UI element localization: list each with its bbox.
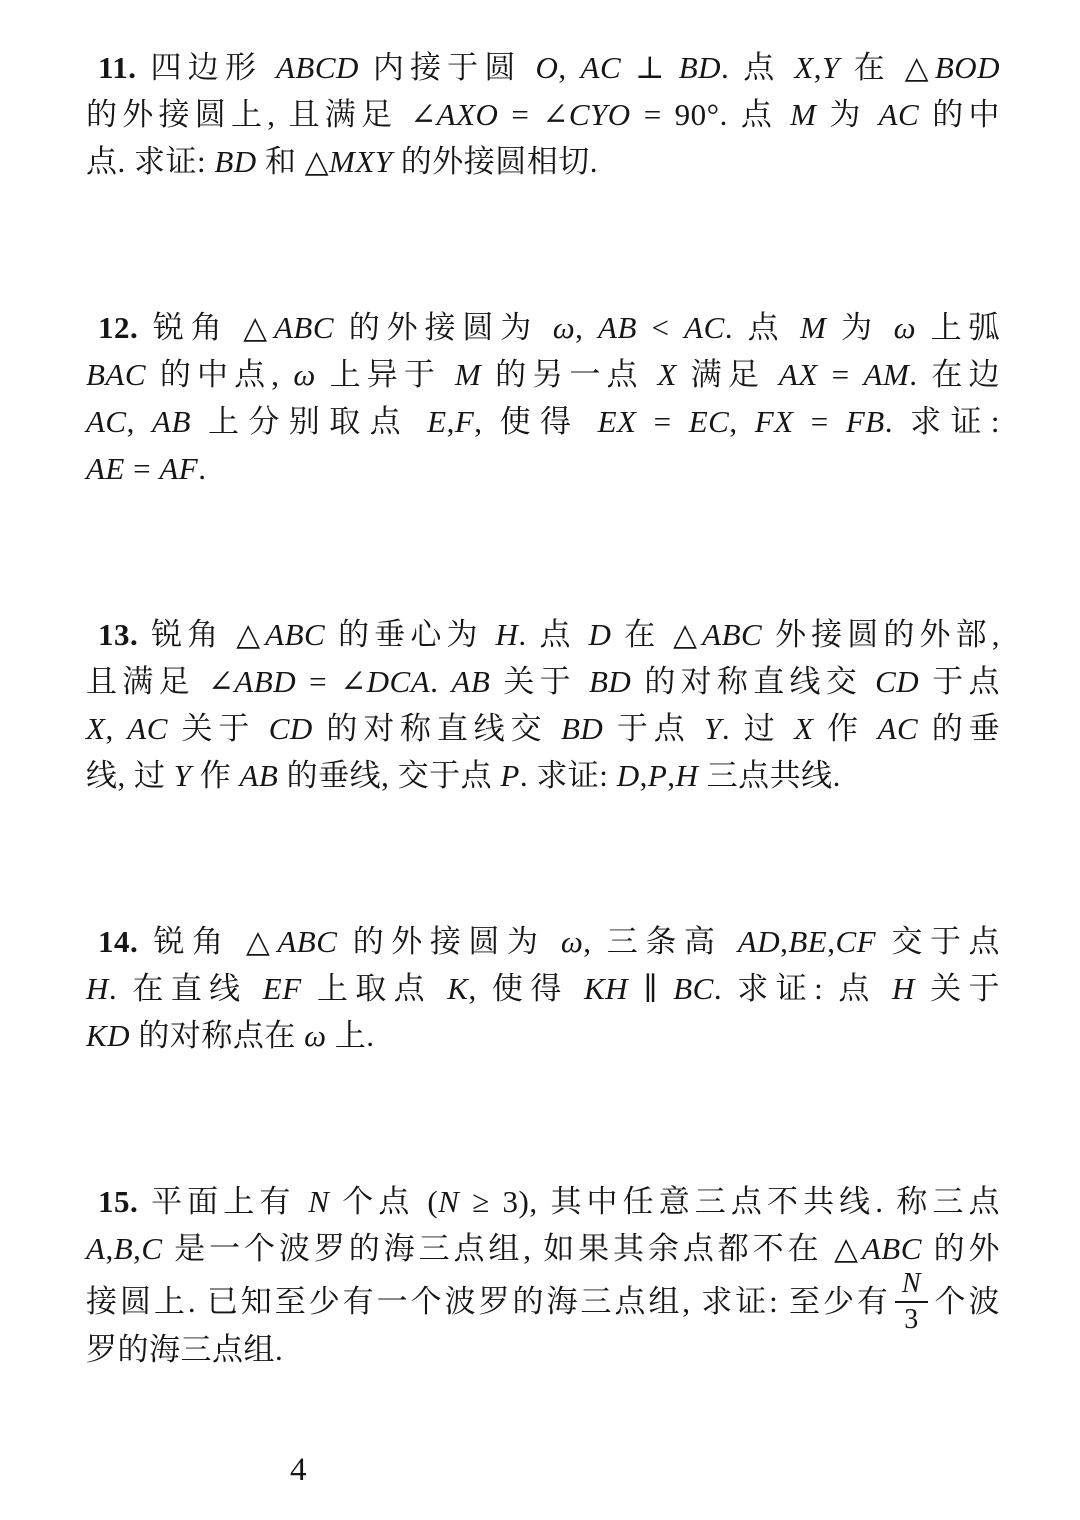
math-segment: H: [676, 758, 699, 793]
math-segment: AC: [684, 310, 725, 345]
math-segment: O: [535, 50, 558, 85]
text-segment: ,: [667, 758, 675, 793]
text-segment: 上异于: [316, 357, 455, 392]
text-segment: , 三条高: [583, 924, 738, 959]
text-segment: ,: [127, 404, 152, 439]
text-segment: = ∠: [498, 97, 568, 132]
math-segment: DCA: [367, 664, 431, 699]
math-segment: H: [892, 971, 915, 1006]
text-line: 点. 求证: BD 和 △MXY 的外接圆相切.: [86, 138, 1000, 185]
math-segment: ω: [553, 310, 575, 345]
text-segment: 作: [192, 758, 240, 793]
math-segment: EF: [263, 971, 302, 1006]
text-segment: 内接于圆: [359, 50, 536, 85]
text-line: 线, 过 Y 作 AB 的垂线, 交于点 P. 求证: D,P,H 三点共线.: [86, 752, 1000, 799]
math-segment: ω: [894, 310, 916, 345]
math-segment: N: [308, 1184, 329, 1219]
text-segment: 作: [814, 711, 878, 746]
math-segment: AM: [864, 357, 910, 392]
text-segment: 上弧: [916, 310, 1000, 345]
text-segment: 为: [816, 97, 878, 132]
problem-15: 15. 平面上有 N 个点 (N ≥ 3), 其中任意三点不共线. 称三点A,B…: [86, 1178, 1000, 1373]
text-segment: 满足: [677, 357, 779, 392]
text-segment: ,: [105, 1231, 113, 1266]
text-segment: . 求证:: [885, 404, 1000, 439]
math-segment: H: [86, 971, 109, 1006]
problem-14: 14. 锐角 △ABC 的外接圆为 ω, 三条高 AD,BE,CF 交于点H. …: [86, 918, 1000, 1059]
text-segment: 接圆上. 已知至少有一个波罗的海三点组, 求证: 至少有: [86, 1284, 891, 1319]
problem-12: 12. 锐角 △ABC 的外接圆为 ω, AB < AC. 点 M 为 ω 上弧…: [86, 304, 1000, 492]
text-segment: . 在直线: [109, 971, 263, 1006]
text-line: 11. 四边形 ABCD 内接于圆 O, AC ⊥ BD. 点 X,Y 在 △B…: [86, 44, 1000, 91]
fraction-numerator: N: [895, 1269, 928, 1303]
text-segment: 关于: [490, 664, 589, 699]
text-segment: 上分别取点: [191, 404, 427, 439]
text-segment: 外接圆的外部,: [762, 617, 1000, 652]
math-segment: ABC: [862, 1231, 922, 1266]
text-segment: 个点 (: [329, 1184, 438, 1219]
text-segment: . 点: [721, 50, 794, 85]
problem-13: 13. 锐角 △ABC 的垂心为 H. 点 D 在 △ABC 外接圆的外部,且满…: [86, 611, 1000, 799]
text-segment: =: [125, 451, 159, 486]
text-segment: 的垂心为: [325, 617, 495, 652]
text-segment: . 求证:: [520, 758, 617, 793]
math-segment: N: [438, 1184, 459, 1219]
math-segment: E: [427, 404, 446, 439]
text-segment: =: [636, 404, 688, 439]
text-segment: 线, 过: [86, 758, 174, 793]
problem-number: 13.: [98, 617, 138, 652]
text-line: BAC 的中点, ω 上异于 M 的另一点 X 满足 AX = AM. 在边: [86, 351, 1000, 398]
text-segment: = 90°. 点: [631, 97, 790, 132]
math-segment: Y: [174, 758, 192, 793]
problem-number: 15.: [98, 1184, 138, 1219]
math-segment: A: [86, 1231, 105, 1266]
math-segment: AE: [86, 451, 125, 486]
math-segment: BD: [214, 144, 256, 179]
text-segment: 罗的海三点组.: [86, 1332, 283, 1367]
math-segment: AB: [152, 404, 191, 439]
problem-11: 11. 四边形 ABCD 内接于圆 O, AC ⊥ BD. 点 X,Y 在 △B…: [86, 44, 1000, 185]
math-segment: P: [500, 758, 519, 793]
math-segment: AC: [878, 711, 919, 746]
math-segment: EX: [598, 404, 637, 439]
page-number: 4: [290, 1452, 307, 1489]
text-segment: 关于: [915, 971, 1000, 1006]
text-segment: 在 △: [840, 50, 935, 85]
math-segment: BC: [673, 971, 714, 1006]
text-segment: 上取点: [302, 971, 448, 1006]
text-segment: 的外接圆上, 且满足 ∠: [86, 97, 437, 132]
math-segment: AX: [779, 357, 818, 392]
text-segment: 锐角 △: [138, 310, 274, 345]
math-segment: BD: [561, 711, 603, 746]
text-segment: . 求证: 点: [714, 971, 892, 1006]
math-segment: KD: [86, 1018, 130, 1053]
math-segment: F: [455, 404, 474, 439]
text-line: 13. 锐角 △ABC 的垂心为 H. 点 D 在 △ABC 外接圆的外部,: [86, 611, 1000, 658]
text-line: X, AC 关于 CD 的对称直线交 BD 于点 Y. 过 X 作 AC 的垂: [86, 705, 1000, 752]
math-segment: P: [648, 758, 667, 793]
math-segment: EC: [689, 404, 730, 439]
math-segment: ABC: [277, 924, 337, 959]
text-segment: 的垂: [918, 711, 1000, 746]
text-segment: ,: [814, 50, 822, 85]
math-segment: FX: [755, 404, 794, 439]
text-segment: . 点: [725, 310, 800, 345]
math-segment: AF: [159, 451, 198, 486]
math-segment: FB: [846, 404, 885, 439]
text-segment: . 过: [722, 711, 794, 746]
math-segment: K: [447, 971, 468, 1006]
text-line: 14. 锐角 △ABC 的外接圆为 ω, 三条高 AD,BE,CF 交于点: [86, 918, 1000, 965]
text-segment: 点. 求证:: [86, 144, 214, 179]
text-line: 接圆上. 已知至少有一个波罗的海三点组, 求证: 至少有N3个波: [86, 1272, 1000, 1326]
text-segment: ,: [447, 404, 455, 439]
text-segment: 于点: [603, 711, 704, 746]
math-segment: D: [617, 758, 640, 793]
text-segment: 的外: [922, 1231, 1000, 1266]
problems: 11. 四边形 ABCD 内接于圆 O, AC ⊥ BD. 点 X,Y 在 △B…: [86, 44, 1000, 1373]
math-segment: C: [141, 1231, 162, 1266]
text-segment: ,: [640, 758, 648, 793]
math-segment: X: [794, 711, 813, 746]
problem-number: 12.: [98, 310, 138, 345]
math-segment: ω: [304, 1018, 326, 1053]
math-segment: M: [800, 310, 826, 345]
math-segment: AB: [451, 664, 490, 699]
text-segment: <: [637, 310, 684, 345]
text-segment: 上.: [326, 1018, 374, 1053]
math-segment: ABC: [274, 310, 334, 345]
math-segment: AC: [581, 50, 622, 85]
text-segment: 的另一点: [481, 357, 657, 392]
math-segment: ABC: [265, 617, 325, 652]
math-segment: M: [455, 357, 481, 392]
math-segment: AXO: [437, 97, 499, 132]
math-segment: H: [495, 617, 518, 652]
text-segment: 关于: [168, 711, 269, 746]
math-segment: Y: [704, 711, 722, 746]
text-line: AE = AF.: [86, 445, 1000, 492]
math-segment: ABCD: [276, 50, 359, 85]
text-segment: .: [198, 451, 206, 486]
math-segment: AC: [127, 711, 168, 746]
text-segment: 和 △: [257, 144, 329, 179]
text-segment: 的外接圆相切.: [393, 144, 599, 179]
math-segment: AC: [879, 97, 920, 132]
text-segment: 的中: [919, 97, 1000, 132]
text-segment: 四边形: [137, 50, 276, 85]
text-segment: ,: [105, 711, 127, 746]
text-segment: 的对称直线交: [631, 664, 875, 699]
math-segment: AC: [86, 404, 127, 439]
math-segment: ABC: [702, 617, 762, 652]
text-line: KD 的对称点在 ω 上.: [86, 1012, 1000, 1059]
text-segment: 的对称点在: [130, 1018, 304, 1053]
text-segment: 的外接圆为: [334, 310, 553, 345]
text-segment: 于点: [919, 664, 1000, 699]
math-segment: ω: [561, 924, 583, 959]
text-segment: =: [794, 404, 846, 439]
text-segment: 的对称直线交: [313, 711, 561, 746]
text-segment: . 在边: [909, 357, 1000, 392]
text-segment: 锐角 △: [138, 924, 277, 959]
math-segment: B: [114, 1231, 133, 1266]
text-segment: ∥: [628, 971, 673, 1006]
math-segment: X: [794, 50, 813, 85]
text-line: H. 在直线 EF 上取点 K, 使得 KH ∥ BC. 求证: 点 H 关于: [86, 965, 1000, 1012]
text-segment: 在 △: [611, 617, 702, 652]
text-segment: 交于点: [876, 924, 1000, 959]
text-segment: 平面上有: [138, 1184, 308, 1219]
text-segment: 锐角 △: [138, 617, 265, 652]
text-segment: =: [818, 357, 864, 392]
text-segment: . 点: [518, 617, 588, 652]
math-segment: KH: [584, 971, 628, 1006]
text-segment: 是一个波罗的海三点组, 如果其余点都不在 △: [163, 1231, 862, 1266]
text-segment: ,: [729, 404, 754, 439]
document-page: 11. 四边形 ABCD 内接于圆 O, AC ⊥ BD. 点 X,Y 在 △B…: [0, 0, 1080, 1520]
math-segment: AD: [738, 924, 780, 959]
text-segment: .: [430, 664, 451, 699]
math-segment: X: [86, 711, 105, 746]
text-segment: 三点共线.: [698, 758, 841, 793]
text-segment: 为: [827, 310, 894, 345]
math-segment: CYO: [569, 97, 631, 132]
text-segment: ,: [558, 50, 580, 85]
problem-number: 14.: [98, 924, 138, 959]
math-segment: D: [588, 617, 611, 652]
text-line: A,B,C 是一个波罗的海三点组, 如果其余点都不在 △ABC 的外: [86, 1225, 1000, 1272]
problem-number: 11.: [98, 50, 137, 85]
math-segment: BAC: [86, 357, 146, 392]
text-segment: ⊥: [621, 50, 679, 85]
math-segment: BE: [788, 924, 827, 959]
math-segment: AB: [598, 310, 637, 345]
math-segment: AB: [240, 758, 279, 793]
text-line: 15. 平面上有 N 个点 (N ≥ 3), 其中任意三点不共线. 称三点: [86, 1178, 1000, 1225]
text-line: AC, AB 上分别取点 E,F, 使得 EX = EC, FX = FB. 求…: [86, 398, 1000, 445]
fraction: N3: [895, 1269, 928, 1335]
math-segment: BOD: [935, 50, 1000, 85]
math-segment: X: [657, 357, 676, 392]
math-segment: M: [790, 97, 816, 132]
text-segment: 的外接圆为: [337, 924, 560, 959]
text-segment: , 使得: [468, 971, 583, 1006]
math-segment: Y: [822, 50, 840, 85]
math-segment: MXY: [329, 144, 393, 179]
math-segment: ω: [293, 357, 315, 392]
text-segment: , 使得: [474, 404, 597, 439]
math-segment: ABD: [234, 664, 296, 699]
math-segment: BD: [679, 50, 721, 85]
text-segment: 的中点,: [146, 357, 293, 392]
text-segment: ≥ 3), 其中任意三点不共线. 称三点: [459, 1184, 1000, 1219]
text-line: 且满足 ∠ABD = ∠DCA. AB 关于 BD 的对称直线交 CD 于点: [86, 658, 1000, 705]
text-segment: 的垂线, 交于点: [278, 758, 500, 793]
text-line: 的外接圆上, 且满足 ∠AXO = ∠CYO = 90°. 点 M 为 AC 的…: [86, 91, 1000, 138]
text-line: 12. 锐角 △ABC 的外接圆为 ω, AB < AC. 点 M 为 ω 上弧: [86, 304, 1000, 351]
math-segment: CD: [875, 664, 919, 699]
math-segment: CD: [269, 711, 313, 746]
text-segment: 个波: [932, 1284, 1000, 1319]
math-segment: BD: [589, 664, 631, 699]
text-line: 罗的海三点组.: [86, 1326, 1000, 1373]
math-segment: CF: [835, 924, 876, 959]
text-segment: 且满足 ∠: [86, 664, 234, 699]
text-segment: = ∠: [296, 664, 367, 699]
text-segment: ,: [575, 310, 598, 345]
fraction-denominator: 3: [904, 1303, 919, 1334]
